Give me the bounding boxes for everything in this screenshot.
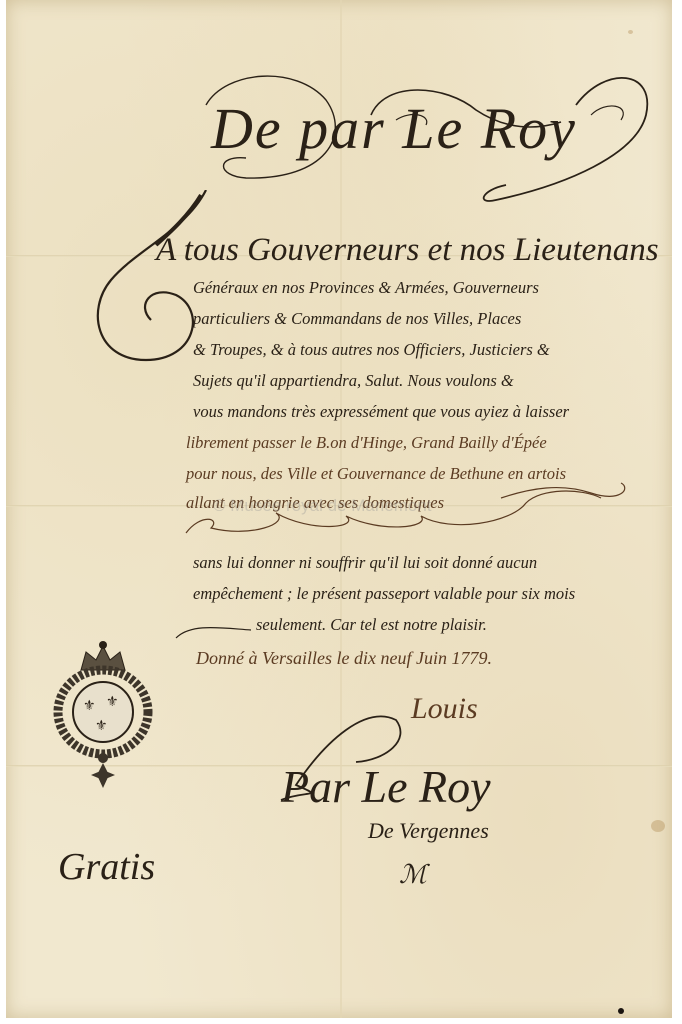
body-line: seulement. Car tel est notre plaisir. [256, 615, 487, 635]
passport-document: De par Le Roy A tous Gouverneurs et nos … [6, 0, 672, 1018]
date-line: Donné à Versailles le dix neuf Juin 1779… [196, 648, 492, 669]
royal-signature: Louis [411, 692, 478, 726]
title-flourish [186, 60, 656, 210]
ink-dot [618, 1008, 624, 1014]
body-line: particuliers & Commandans de nos Villes,… [193, 309, 521, 329]
body-line-handwritten: librement passer le B.on d'Hinge, Grand … [186, 433, 547, 453]
svg-text:⚜: ⚜ [106, 694, 119, 710]
line-fill-flourish [171, 618, 261, 648]
paper-stain [651, 820, 665, 832]
body-line: Généraux en nos Provinces & Armées, Gouv… [193, 278, 539, 298]
body-line: sans lui donner ni souffrir qu'il lui so… [193, 553, 537, 573]
body-line: Sujets qu'il appartiendra, Salut. Nous v… [193, 371, 514, 391]
fee-note: Gratis [58, 845, 155, 889]
salutation-line: A tous Gouverneurs et nos Lieutenans [156, 232, 659, 269]
svg-text:⚜: ⚜ [95, 718, 108, 734]
paraph-mark: ℳ [399, 860, 427, 890]
paper-stain [628, 30, 633, 34]
svg-text:⚜: ⚜ [83, 698, 96, 714]
body-line: vous mandons très expressément que vous … [193, 402, 569, 422]
body-line: empêchement ; le présent passeport valab… [193, 584, 575, 604]
minister-signature: De Vergennes [368, 818, 489, 844]
royal-arms-emblem-icon: ⚜ ⚜ ⚜ [51, 640, 156, 795]
countersign-flourish [266, 700, 416, 810]
museum-watermark: © Musée royal de Mariemont [213, 496, 432, 516]
body-line: & Troupes, & à tous autres nos Officiers… [193, 340, 550, 360]
